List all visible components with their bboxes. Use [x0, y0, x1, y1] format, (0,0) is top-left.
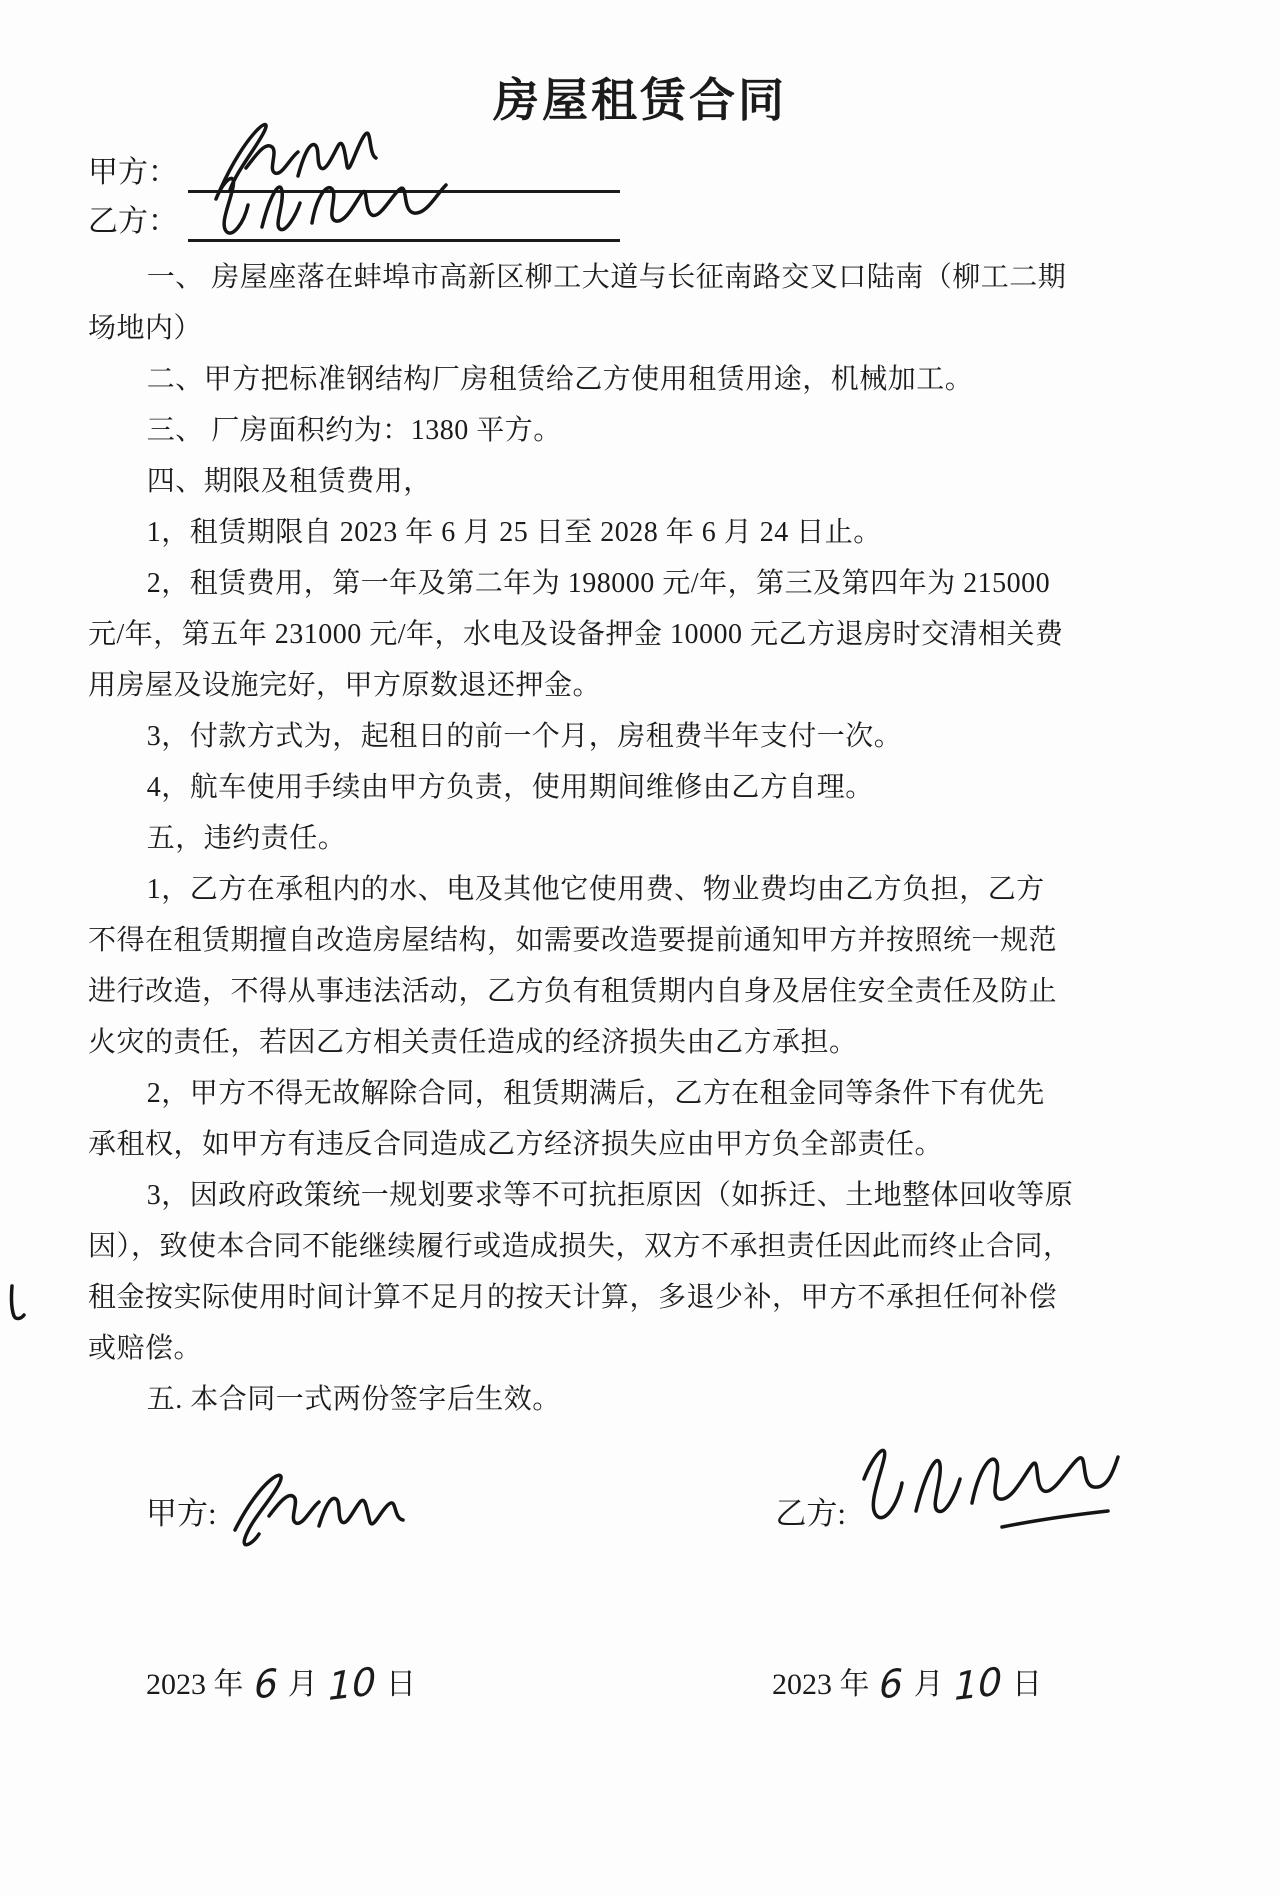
party-a-date-day-digit: 10: [326, 1659, 378, 1710]
party-b-row: 乙方：: [88, 193, 1192, 242]
party-b-sign-label: 乙方:: [775, 1488, 846, 1533]
clause-breach-heading: 五，违约责任。: [88, 813, 1192, 864]
party-b-date-month-digit: 6: [878, 1660, 906, 1708]
clause-breach-3: 3，因政府政策统一规划要求等不可抗拒原因（如拆迁、土地整体回收等原 因），致使本…: [88, 1170, 1192, 1374]
clause-area: 三、 厂房面积约为：1380 平方。: [88, 405, 1192, 456]
clause-breach-1: 1，乙方在承租内的水、电及其他它使用费、物业费均由乙方负担，乙方 不得在租赁期擅…: [88, 864, 1192, 1068]
party-a-date: 2023 年 6 月 10 日: [146, 1659, 416, 1703]
party-b-label: 乙方：: [88, 196, 178, 242]
party-a-date-month-digit: 6: [252, 1660, 280, 1708]
contract-clauses: 一、 房屋座落在蚌埠市高新区柳工大道与长征南路交叉口陆南（柳工二期 场地内） 二…: [88, 252, 1192, 1425]
clause-crane: 4，航车使用手续由甲方负责，使用期间维修由乙方自理。: [88, 762, 1192, 813]
clause-term-heading: 四、期限及租赁费用，: [88, 456, 1192, 507]
party-b-date-year: 2023 年: [772, 1659, 870, 1703]
scanned-contract-page: 房屋租赁合同 甲方： 乙方： 一、 房屋座落在蚌埠市高新区柳工大道与长征南路交叉…: [0, 0, 1280, 1896]
party-b-date: 2023 年 6 月 10 日: [772, 1659, 1042, 1703]
clause-location: 一、 房屋座落在蚌埠市高新区柳工大道与长征南路交叉口陆南（柳工二期 场地内）: [88, 252, 1192, 354]
party-a-label: 甲方：: [88, 147, 178, 193]
party-a-date-month-label: 月: [288, 1659, 318, 1703]
clause-rent-fees: 2，租赁费用，第一年及第二年为 198000 元/年，第三及第四年为 21500…: [88, 558, 1192, 711]
clause-usage: 二、甲方把标准钢结构厂房租赁给乙方使用租赁用途，机械加工。: [88, 354, 1192, 405]
contract-content: 房屋租赁合同 甲方： 乙方： 一、 房屋座落在蚌埠市高新区柳工大道与长征南路交叉…: [0, 0, 1280, 1703]
stray-pen-mark: [6, 1282, 28, 1322]
party-b-signature-line: [188, 195, 620, 242]
party-a-sign-label: 甲方:: [146, 1488, 217, 1533]
clause-payment: 3，付款方式为，起租日的前一个月，房租费半年支付一次。: [88, 711, 1192, 762]
party-a-date-year: 2023 年: [146, 1659, 244, 1703]
party-b-date-month-label: 月: [914, 1659, 944, 1703]
party-b-date-day-digit: 10: [952, 1659, 1004, 1710]
party-a-date-day-label: 日: [386, 1659, 416, 1703]
signature-row: 甲方: 乙方:: [88, 1455, 1192, 1565]
party-a-signature-block: 甲方:: [146, 1460, 423, 1560]
clause-effectiveness: 五. 本合同一式两份签字后生效。: [88, 1374, 1192, 1425]
party-b-bottom-signature-image: [852, 1431, 1122, 1561]
party-b-signature-block: 乙方:: [775, 1445, 1122, 1575]
party-a-bottom-signature-image: [223, 1460, 423, 1560]
clause-breach-2: 2，甲方不得无故解除合同，租赁期满后，乙方在租金同等条件下有优先 承租权，如甲方…: [88, 1068, 1192, 1170]
party-b-date-day-label: 日: [1012, 1659, 1042, 1703]
date-row: 2023 年 6 月 10 日 2023 年 6 月 10 日: [88, 1659, 1192, 1703]
party-b-signature-image: [206, 165, 456, 251]
clause-term-dates: 1，租赁期限自 2023 年 6 月 25 日至 2028 年 6 月 24 日…: [88, 507, 1192, 558]
